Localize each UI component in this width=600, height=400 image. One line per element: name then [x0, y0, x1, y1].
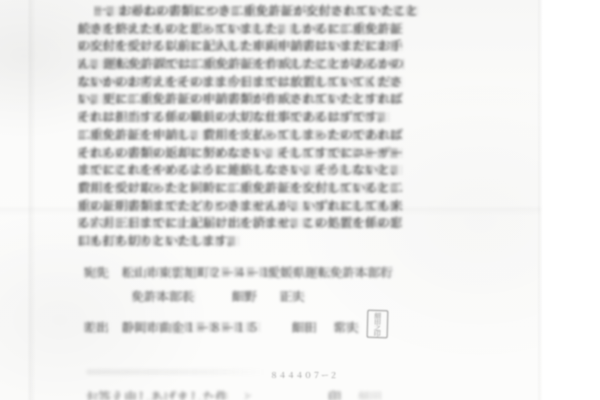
- bottom-cut-line: お答え申しあげました件 と 印 細田: [0, 387, 600, 400]
- bottom-cut-text: お答え申しあげました件: [85, 387, 228, 400]
- blur-layer-bottom: お答え申しあげました件 と 印 細田: [0, 0, 600, 400]
- bottom-cut-seal-mark: 印: [328, 387, 341, 400]
- bottom-cut-text-faint: 細田: [358, 388, 382, 400]
- bottom-cut-text: と: [243, 389, 253, 400]
- document-photo: 一、お尋ねの書類につき二重免許証が交付されていたこと 続きを終えたものと思ってい…: [0, 0, 600, 400]
